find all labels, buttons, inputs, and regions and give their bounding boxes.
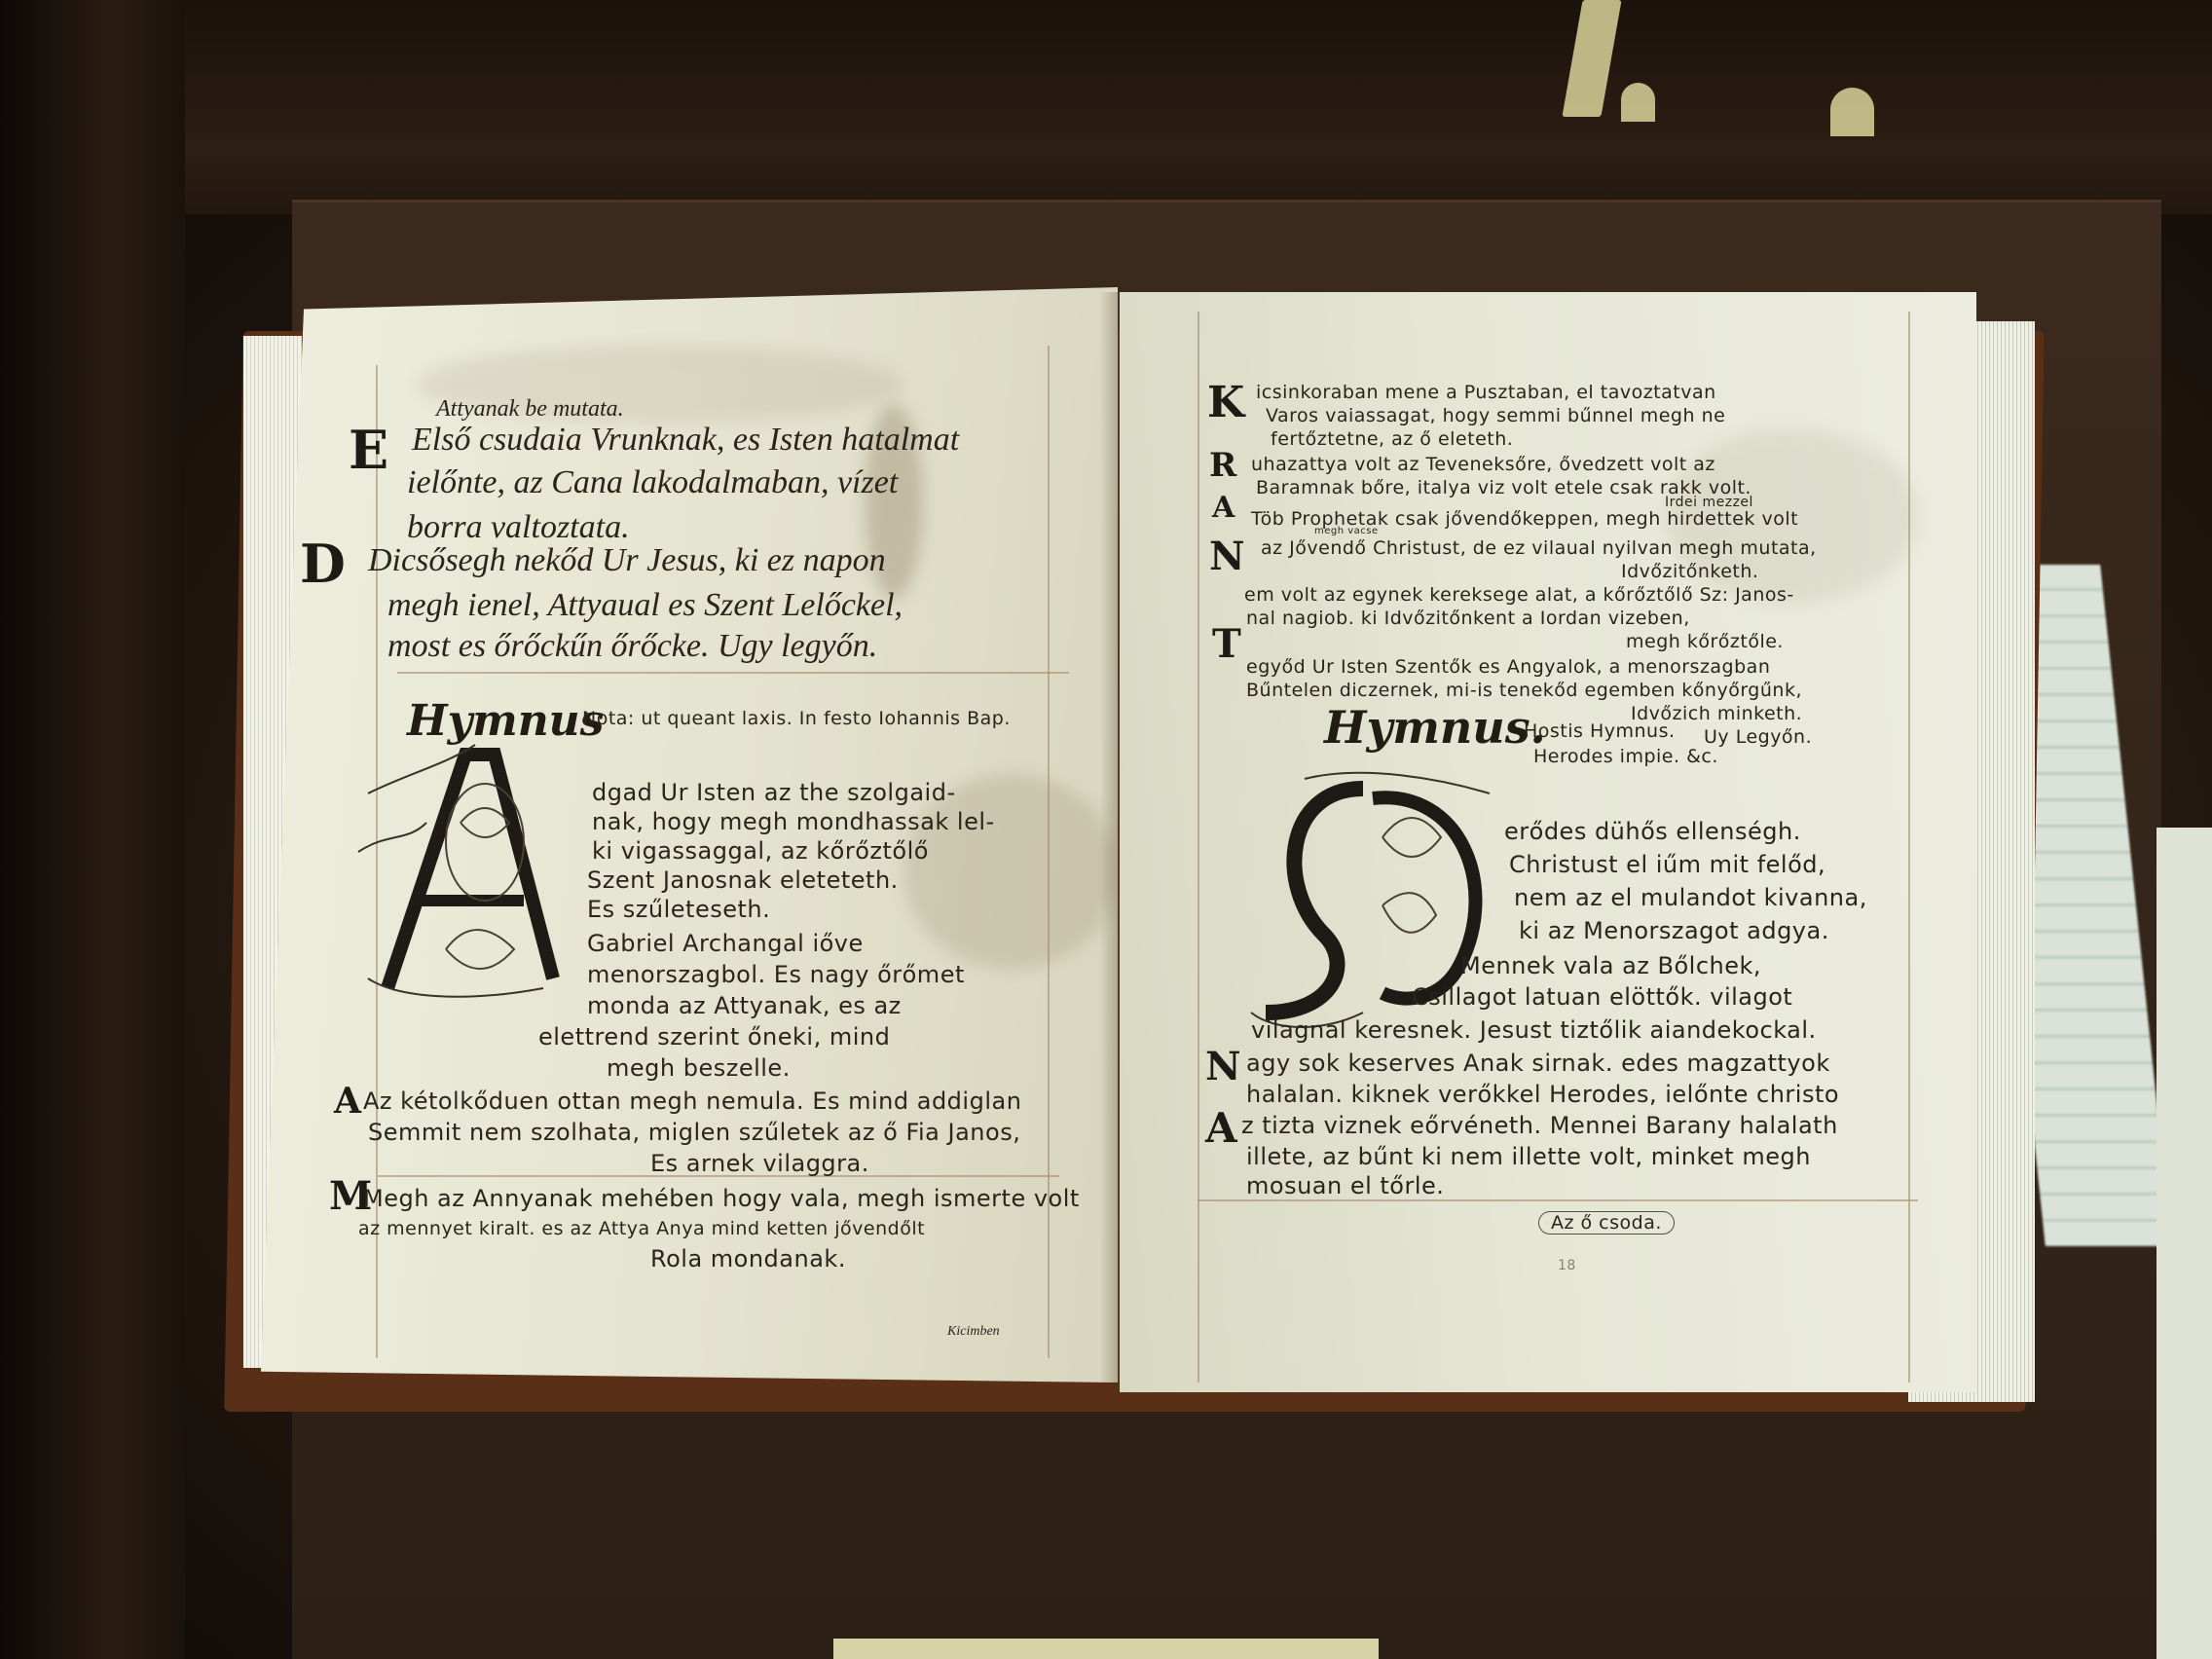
light-slat [1830,88,1874,136]
page-number: 18 [1558,1258,1576,1273]
margin-initial: K [1207,378,1244,427]
text-line: Rola mondanak. [650,1245,846,1272]
text-line: Es arnek vilaggra. [650,1150,869,1177]
margin-rule [1198,312,1199,1382]
horizontal-rule [397,672,1069,674]
text-line: Csillagot latuan elöttők. vilagot [1412,983,1792,1011]
margin-initial: N [1209,534,1245,579]
text-line: Mennek vala az Bőlchek, [1460,952,1761,979]
text-line: az mennyet kiralt. es az Attya Anya mind… [358,1218,925,1239]
text-line: most es őrőckűn őrőcke. Ugy legyőn. [387,628,877,665]
hymn-line: Szent Janosnak eleteteth. [587,866,899,894]
hymn-line: ki az Menorszagot adgya. [1519,917,1829,944]
margin-rule [1908,312,1910,1382]
hymn-line: nak, hogy megh mondhassak lel- [592,808,995,835]
margin-initial: A [1205,1104,1237,1152]
right-page: K icsinkoraban mene a Pusztaban, el tavo… [1120,292,1976,1392]
margin-initial: A [1212,491,1235,525]
hymn-line: erődes dühős ellenségh. [1504,818,1801,845]
horizontal-rule [1198,1199,1918,1201]
text-line: Varos vaiassagat, hogy semmi bűnnel megh… [1266,405,1725,426]
text-line: egyőd Ur Isten Szentők es Angyalok, a me… [1246,656,1770,678]
initial-letter: A [334,1081,361,1122]
margin-initial: N [1205,1044,1241,1089]
exhibit-label [833,1639,1379,1659]
text-line: illete, az bűnt ki nem illette volt, min… [1246,1143,1811,1170]
text-line: z tizta viznek eőrvéneth. Mennei Barany … [1241,1112,1838,1139]
light-slat [1621,83,1655,122]
margin-initial: T [1212,621,1241,667]
hymn-line: Christust el iűm mit felőd, [1509,851,1825,878]
hymnus-note: Herodes impie. &c. [1533,746,1718,767]
left-page: Attyanak be mutata. E Első csudaia Vrunk… [261,287,1118,1382]
text-line: Uy Legyőn. [1704,726,1812,748]
text-line: halalan. kiknek verőkkel Herodes, ielőnt… [1246,1081,1839,1108]
side-card [2157,828,2212,1659]
hymn-line: dgad Ur Isten az the szolgaid- [592,779,956,806]
hymn-line: nem az el mulandot kivanna, [1514,884,1867,911]
text-line: nal nagiob. ki Idvőzitőnkent a Iordan vi… [1246,608,1690,629]
hymn-line: Gabriel Archangal iőve [587,930,864,957]
text-line: em volt az egynek kereksege alat, a kőrő… [1244,584,1794,606]
hymn-line: Es szűleteseth. [587,896,770,923]
text-line: megh ienel, Attyaual es Szent Lelőckel, [387,587,903,624]
hymn-line: menorszagbol. Es nagy őrőmet [587,961,965,988]
text-line: az Jővendő Christust, de ez vilaual nyil… [1261,537,1817,559]
text-line: Idvőzitőnketh. [1621,561,1758,582]
margin-initial: R [1209,446,1236,485]
text-line: uhazattya volt az Teveneksőre, ővedzett … [1251,454,1715,475]
text-line: mosuan el tőrle. [1246,1172,1444,1199]
catchword: Kicimben [947,1324,1000,1340]
footer-note: Az ő csoda. [1538,1211,1675,1235]
text-line: agy sok keserves Anak sirnak. edes magza… [1246,1050,1830,1077]
hymn-line: monda az Attyanak, es az [587,992,902,1019]
interlinear-note: megh vacse [1314,526,1379,536]
hymnus-note: Hostis Hymnus. [1524,720,1676,742]
text-line: megh kőrőztőle. [1626,631,1784,652]
hymn-line: ki vigassaggal, az kőrőztőlő [592,837,929,865]
text-line: Bűntelen diczernek, mi-is tenekőd egembe… [1246,680,1802,701]
upper-shelf [0,0,2212,214]
cabinet-side [0,0,185,1659]
hymnus-title: Hymnus. [1324,701,1546,754]
text-line: borra valtoztata. [407,509,630,546]
hymn-line: megh beszelle. [607,1054,791,1082]
text-line: ielőnte, az Cana lakodalmaban, vízet [407,464,898,501]
text-line: Semmit nem szolhata, miglen szűletek az … [368,1119,1020,1146]
text-line: Első csudaia Vrunknak, es Isten hatalmat [412,422,959,459]
hymn-line: elettrend szerint őneki, mind [538,1023,890,1051]
text-line: vilagnal keresnek. Jesust tiztőlik aiand… [1251,1016,1817,1044]
text-line: Megh az Annyanak mehében hogy vala, megh… [363,1185,1080,1212]
text-line: Az kétolkőduen ottan megh nemula. Es min… [363,1088,1021,1115]
text-line: fertőztetne, az ő eleteth. [1271,428,1513,450]
text-line: Attyanak be mutata. [436,396,624,423]
text-line: Dicsősegh nekőd Ur Jesus, ki ez napon [368,542,886,579]
initial-letter: D [300,533,346,595]
illuminated-initial-a: A [349,735,572,1008]
hymnus-note: Nota: ut queant laxis. In festo Iohannis… [582,708,1011,729]
text-line: icsinkoraban mene a Pusztaban, el tavozt… [1256,382,1716,403]
initial-letter: E [349,419,388,481]
